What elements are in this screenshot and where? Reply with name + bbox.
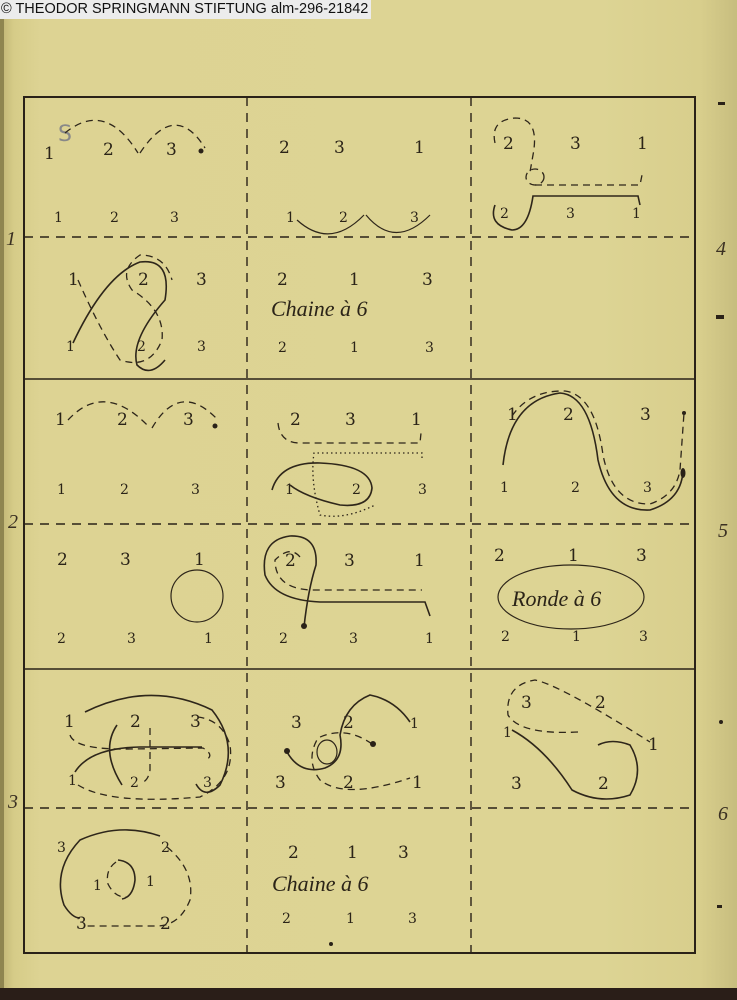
path-dashed bbox=[512, 391, 684, 504]
dancer-number: 3 bbox=[190, 712, 201, 732]
dancer-number: 3 bbox=[410, 210, 419, 226]
dancer-number: 3 bbox=[57, 840, 66, 856]
path-solid bbox=[110, 725, 122, 785]
table-grid bbox=[24, 97, 695, 953]
ink-mark bbox=[717, 905, 722, 908]
figure-cell-r6c2: 2 1 3 Chaine à 6 2 1 3 bbox=[272, 843, 417, 946]
dancer-number: 3 bbox=[570, 134, 581, 154]
dance-figure-sheet: 1 2 3 4 5 6 S 1 2 3 1 2 3 2 3 bbox=[0, 0, 737, 1000]
figure-caption: Chaine à 6 bbox=[271, 296, 368, 321]
dancer-number: 1 bbox=[44, 144, 55, 164]
dancer-number: 2 bbox=[598, 774, 609, 794]
dancer-number: 3 bbox=[196, 270, 207, 290]
dancer-number: 3 bbox=[120, 550, 131, 570]
circle-path bbox=[171, 570, 223, 622]
path-solid bbox=[366, 215, 430, 233]
dancer-number: 2 bbox=[130, 712, 141, 732]
dancer-number: 2 bbox=[339, 210, 348, 226]
right-margin-numbers: 4 5 6 bbox=[716, 102, 728, 908]
margin-number: 1 bbox=[6, 228, 16, 250]
page-bottom-shadow bbox=[0, 988, 737, 1000]
dancer-number: 3 bbox=[418, 482, 427, 498]
path-dashed bbox=[65, 120, 138, 153]
dancer-number: 1 bbox=[146, 874, 155, 890]
dancer-number: 3 bbox=[344, 551, 355, 571]
dancer-number: 3 bbox=[521, 693, 532, 713]
dancer-number: 3 bbox=[334, 138, 345, 158]
dancer-number: 3 bbox=[566, 206, 575, 222]
dancer-number: 1 bbox=[632, 206, 641, 222]
dancer-number: 1 bbox=[425, 631, 434, 647]
dancer-number: 1 bbox=[347, 843, 358, 863]
copyright-watermark: © THEODOR SPRINGMANN STIFTUNG alm-296-21… bbox=[0, 0, 371, 19]
dancer-number: 1 bbox=[349, 270, 360, 290]
dancer-number: 2 bbox=[563, 405, 574, 425]
figure-cell-r5c1: 1 2 3 1 2 3 bbox=[64, 695, 231, 799]
dancer-number: 2 bbox=[501, 629, 510, 645]
dancer-number: 2 bbox=[503, 134, 514, 154]
dancer-number: 3 bbox=[203, 775, 212, 791]
dancer-number: 2 bbox=[282, 911, 291, 927]
dancer-number: 3 bbox=[183, 410, 194, 430]
marker-letter: S bbox=[58, 122, 72, 147]
dancer-number: 2 bbox=[110, 210, 119, 226]
dancer-number: 2 bbox=[279, 138, 290, 158]
path-dashed bbox=[68, 402, 150, 428]
dancer-number: 1 bbox=[54, 210, 63, 226]
path-solid bbox=[73, 262, 166, 371]
dancer-number: 1 bbox=[57, 482, 66, 498]
figure-cell-r3c2: 2 3 1 1 2 3 bbox=[272, 410, 427, 516]
dancer-number: 1 bbox=[648, 735, 659, 755]
ink-mark bbox=[716, 315, 724, 319]
figure-cell-r5c3: 3 2 1 3 2 1 bbox=[503, 680, 659, 799]
dancer-number: 1 bbox=[411, 410, 422, 430]
dancer-number: 1 bbox=[93, 878, 102, 894]
figure-cell-r2c2: 2 1 3 Chaine à 6 2 1 3 bbox=[271, 270, 434, 356]
path-solid bbox=[317, 740, 337, 764]
dancer-number: 1 bbox=[346, 911, 355, 927]
dancer-number: 2 bbox=[138, 270, 149, 290]
figure-cell-r2c1: 1 2 3 1 2 3 bbox=[66, 255, 207, 370]
end-dot bbox=[199, 149, 204, 154]
path-solid bbox=[512, 730, 638, 799]
figure-caption: Ronde à 6 bbox=[511, 586, 601, 611]
dancer-number: 2 bbox=[343, 713, 354, 733]
dancer-number: 1 bbox=[412, 773, 423, 793]
dancer-number: 1 bbox=[500, 480, 509, 496]
margin-number: 4 bbox=[716, 238, 726, 260]
figure-cell-r6c1: 3 2 1 1 3 2 bbox=[57, 830, 191, 934]
dancer-number: 1 bbox=[572, 629, 581, 645]
dancer-number: 3 bbox=[639, 629, 648, 645]
ink-mark bbox=[329, 942, 333, 946]
dancer-number: 2 bbox=[160, 914, 171, 934]
margin-number: 5 bbox=[718, 520, 728, 542]
path-solid bbox=[297, 215, 364, 234]
end-dot bbox=[370, 741, 376, 747]
figure-cell-r1c1: S 1 2 3 1 2 3 bbox=[44, 120, 205, 226]
dancer-number: 1 bbox=[350, 340, 359, 356]
dancer-number: 1 bbox=[64, 712, 75, 732]
path-solid bbox=[118, 860, 135, 899]
path-solid bbox=[75, 747, 202, 772]
dancer-number: 1 bbox=[285, 482, 294, 498]
end-dot bbox=[682, 411, 686, 415]
dancer-number: 2 bbox=[290, 410, 301, 430]
dancer-number: 3 bbox=[398, 843, 409, 863]
dancer-number: 2 bbox=[494, 546, 505, 566]
figure-cell-r4c2: 2 3 1 2 3 1 bbox=[264, 536, 434, 647]
dancer-number: 3 bbox=[197, 339, 206, 355]
dancer-number: 2 bbox=[57, 631, 66, 647]
dancer-number: 1 bbox=[68, 773, 77, 789]
dancer-number: 2 bbox=[130, 775, 139, 791]
dancer-number: 3 bbox=[643, 480, 652, 496]
end-dot bbox=[681, 468, 686, 478]
dancer-number: 1 bbox=[637, 134, 648, 154]
dancer-number: 3 bbox=[425, 340, 434, 356]
ink-mark bbox=[718, 102, 725, 105]
dancer-number: 3 bbox=[408, 911, 417, 927]
dancer-number: 1 bbox=[503, 725, 512, 741]
dancer-number: 3 bbox=[511, 774, 522, 794]
dancer-number: 1 bbox=[286, 210, 295, 226]
dancer-number: 2 bbox=[278, 340, 287, 356]
dancer-number: 3 bbox=[636, 546, 647, 566]
figure-cell-r3c3: 1 2 3 1 2 3 bbox=[500, 391, 686, 510]
dancer-number: 2 bbox=[352, 482, 361, 498]
dancer-number: 3 bbox=[345, 410, 356, 430]
figure-caption: Chaine à 6 bbox=[272, 871, 369, 896]
path-solid bbox=[503, 393, 683, 510]
dancer-number: 3 bbox=[422, 270, 433, 290]
dancer-number: 3 bbox=[127, 631, 136, 647]
dancer-number: 2 bbox=[277, 270, 288, 290]
dancer-number: 1 bbox=[410, 716, 419, 732]
figure-cell-r1c2: 2 3 1 1 2 3 bbox=[279, 138, 430, 234]
dancer-number: 3 bbox=[191, 482, 200, 498]
path-dashed bbox=[140, 728, 150, 783]
figure-cell-r3c1: 1 2 3 1 2 3 bbox=[55, 402, 218, 498]
dancer-number: 1 bbox=[68, 270, 79, 290]
end-dot bbox=[301, 623, 307, 629]
dancer-number: 1 bbox=[568, 546, 579, 566]
dancer-number: 3 bbox=[640, 405, 651, 425]
dancer-number: 3 bbox=[291, 713, 302, 733]
dancer-number: 2 bbox=[571, 480, 580, 496]
table-frame bbox=[24, 97, 695, 953]
dancer-number: 2 bbox=[120, 482, 129, 498]
dancer-number: 1 bbox=[194, 550, 205, 570]
figure-cell-r5c2: 3 2 1 3 2 1 bbox=[275, 695, 423, 793]
end-dot bbox=[284, 748, 290, 754]
dancer-number: 3 bbox=[166, 140, 177, 160]
path-dashed bbox=[312, 733, 410, 790]
dancer-number: 2 bbox=[285, 551, 296, 571]
dancer-number: 3 bbox=[275, 773, 286, 793]
figure-cell-r1c3: 2 3 1 2 3 1 bbox=[493, 118, 647, 230]
dancer-number: 2 bbox=[279, 631, 288, 647]
dancer-number: 2 bbox=[117, 410, 128, 430]
margin-number: 6 bbox=[718, 803, 728, 825]
end-dot bbox=[213, 424, 218, 429]
margin-number: 2 bbox=[8, 511, 18, 533]
path-dotted bbox=[313, 453, 422, 516]
path-dashed bbox=[107, 862, 127, 897]
dancer-number: 2 bbox=[288, 843, 299, 863]
dancer-number: 3 bbox=[170, 210, 179, 226]
left-margin-numbers: 1 2 3 bbox=[6, 228, 18, 813]
path-solid bbox=[264, 536, 430, 627]
dancer-number: 1 bbox=[414, 138, 425, 158]
path-dashed bbox=[535, 175, 642, 185]
path-dashed bbox=[494, 118, 534, 172]
margin-number: 3 bbox=[7, 791, 18, 813]
dancer-number: 1 bbox=[55, 410, 66, 430]
path-dashed bbox=[526, 169, 544, 185]
dancer-number: 2 bbox=[103, 140, 114, 160]
dancer-number: 3 bbox=[349, 631, 358, 647]
dancer-number: 2 bbox=[57, 550, 68, 570]
dancer-number: 1 bbox=[414, 551, 425, 571]
dancer-number: 2 bbox=[500, 206, 509, 222]
dancer-number: 1 bbox=[204, 631, 213, 647]
figure-cell-r4c1: 2 3 1 2 3 1 bbox=[57, 550, 223, 647]
ink-mark bbox=[719, 720, 723, 724]
figure-cell-r4c3: 2 1 3 Ronde à 6 2 1 3 bbox=[494, 546, 648, 645]
